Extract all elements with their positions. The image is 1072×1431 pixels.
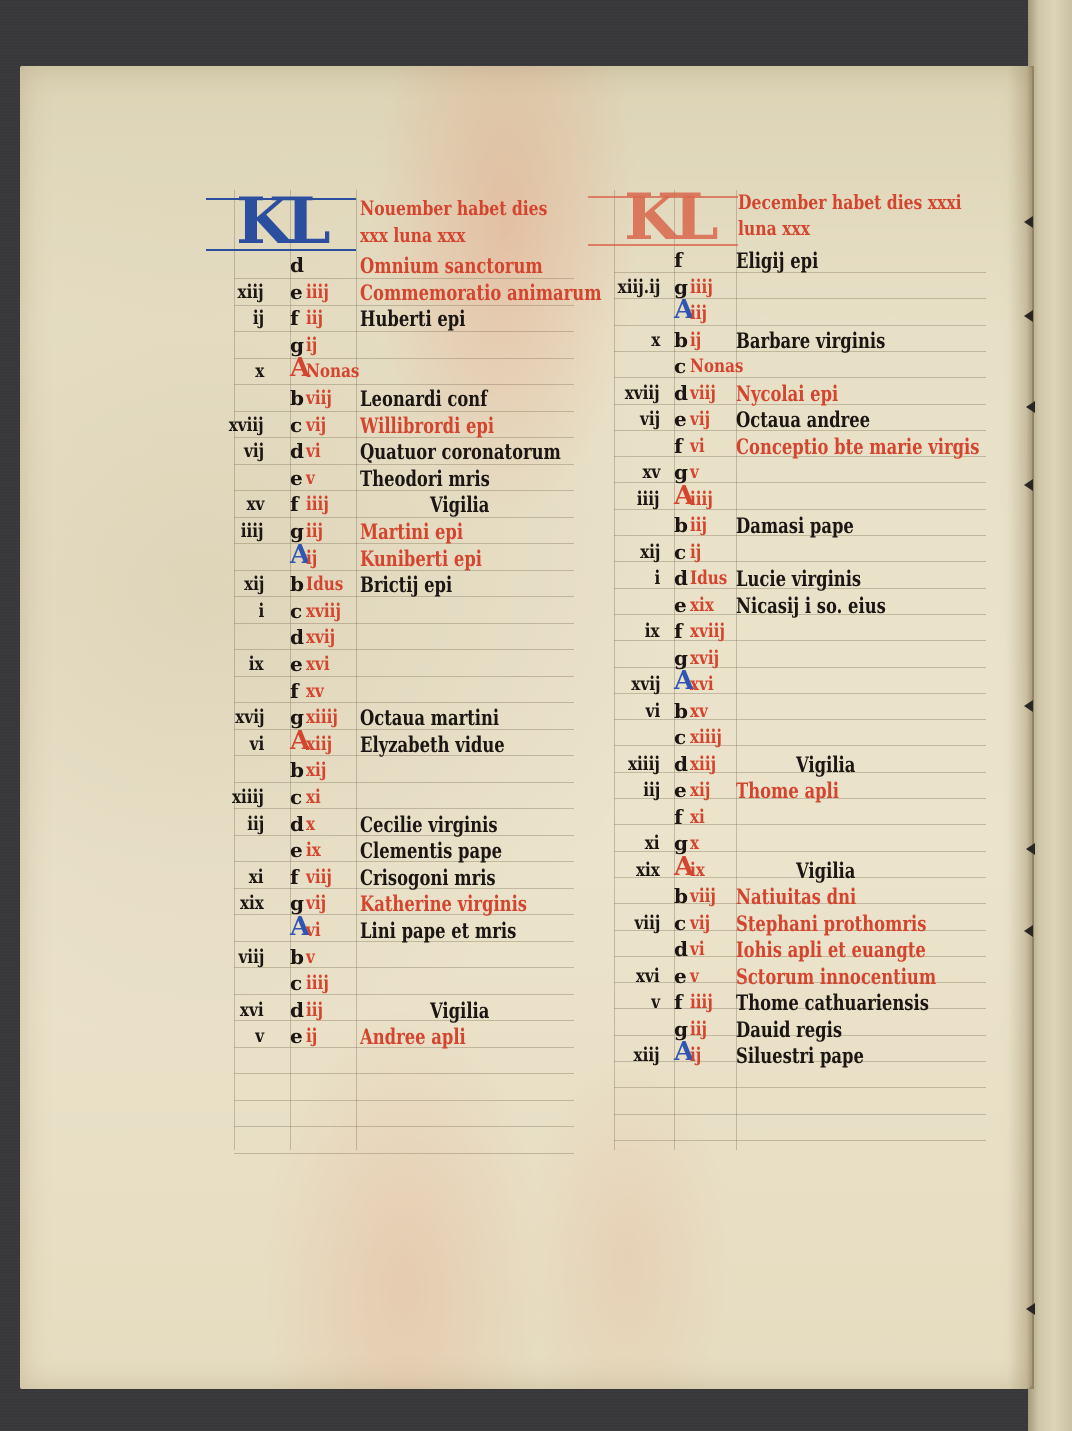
roman-date: Idus [690, 565, 727, 592]
calendar-day-row: iijexijThome apli [0, 777, 1072, 804]
golden-number: xi [645, 830, 660, 857]
calendar-day-row: ixfxviij [0, 618, 1072, 645]
month-heading-luna: luna xxx [738, 216, 810, 240]
month-heading: December habet dies xxxi [738, 190, 962, 214]
dominical-letter: e [674, 406, 687, 433]
month-heading-luna: xxx luna xxx [360, 223, 465, 247]
roman-date: xij [690, 777, 710, 804]
calendar-day-row: xigx [0, 830, 1072, 857]
dominical-letter: f [674, 989, 683, 1016]
golden-number: x [651, 327, 660, 354]
dominical-letter: f [674, 804, 683, 831]
golden-number: viij [634, 910, 660, 937]
feast-entry: Barbare virginis [736, 327, 885, 354]
calendar-day-row: biijDamasi pape [0, 512, 1072, 539]
feast-entry: Lucie virginis [736, 565, 861, 592]
golden-number: vij [640, 406, 660, 433]
roman-date: vij [690, 910, 710, 937]
calendar-day-row: xiiijdxiijVigilia [0, 751, 1072, 778]
dominical-letter: f [674, 618, 683, 645]
golden-number: vi [645, 698, 660, 725]
dominical-letter: e [674, 777, 687, 804]
calendar-day-row: iiijAiiij [0, 486, 1072, 513]
calendar-day-row: xviijdviijNycolai epi [0, 380, 1072, 407]
dominical-letter: c [674, 539, 686, 566]
calendar-day-row: fviConceptio bte marie virgis [0, 433, 1072, 460]
roman-date: ix [690, 857, 705, 884]
dominical-letter: f [674, 247, 683, 274]
dominical-letter: c [674, 353, 686, 380]
roman-date: ij [690, 539, 701, 566]
calendar-day-row: gxvij [0, 645, 1072, 672]
binding-notch [1024, 216, 1033, 228]
feast-entry: Octaua andree [736, 406, 870, 433]
roman-date: ij [690, 327, 701, 354]
golden-number: iiij [637, 486, 660, 513]
feast-entry: Vigilia [796, 857, 855, 884]
calendar-day-row: fEligij epi [0, 247, 1072, 274]
calendar-day-row: dviIohis apli et euangte [0, 936, 1072, 963]
dominical-letter: b [674, 512, 688, 539]
golden-number: xvij [631, 671, 660, 698]
roman-date: xiiij [690, 724, 722, 751]
calendar-day-row: fxi [0, 804, 1072, 831]
calendar-day-row: xiij.ijgiiij [0, 274, 1072, 301]
golden-number: i [654, 565, 660, 592]
calendar-day-row: cNonas [0, 353, 1072, 380]
feast-entry: Damasi pape [736, 512, 854, 539]
roman-date: iij [690, 512, 707, 539]
roman-date: xv [690, 698, 708, 725]
feast-entry: Iohis apli et euangte [736, 936, 926, 963]
calendar-day-row: xijcij [0, 539, 1072, 566]
dominical-letter: d [674, 380, 688, 407]
roman-date: iij [690, 300, 707, 327]
feast-entry: Natiuitas dni [736, 883, 856, 910]
month-heading: Nouember habet dies [360, 196, 547, 220]
roman-date: xi [690, 804, 705, 831]
calendar-day-row: xixAixVigilia [0, 857, 1072, 884]
feast-entry: Nicasij i so. eius [736, 592, 886, 619]
feast-entry: Siluestri pape [736, 1042, 864, 1069]
roman-date: vij [690, 406, 710, 433]
dominical-letter: c [674, 910, 686, 937]
golden-number: xiiij [628, 751, 660, 778]
feast-entry: Sctorum innocentium [736, 963, 936, 990]
golden-number: xiij [634, 1042, 660, 1069]
binding-notch [1026, 1303, 1035, 1315]
ruled-line [234, 1073, 574, 1074]
calendar-day-row: vfiiijThome cathuariensis [0, 989, 1072, 1016]
roman-date: xiij [690, 751, 716, 778]
dominical-letter: b [674, 327, 688, 354]
dominical-letter: b [674, 883, 688, 910]
roman-date: xvi [690, 671, 714, 698]
calendar-day-row: cxiiij [0, 724, 1072, 751]
roman-date: xviij [690, 618, 725, 645]
golden-number: xix [636, 857, 660, 884]
roman-date: viij [690, 883, 716, 910]
roman-date: ij [690, 1042, 701, 1069]
dominical-letter: e [674, 963, 687, 990]
dominical-letter: b [674, 698, 688, 725]
calendar-day-row: vibxv [0, 698, 1072, 725]
feast-entry: Eligij epi [736, 247, 818, 274]
calendar-day-row: xvijAxvi [0, 671, 1072, 698]
calendar-day-row: Aiij [0, 300, 1072, 327]
feast-entry: Vigilia [796, 751, 855, 778]
golden-number: xvi [636, 963, 660, 990]
calendar-day-row: idIdusLucie virginis [0, 565, 1072, 592]
roman-date: Nonas [690, 353, 744, 380]
calendar-day-row: vijevijOctaua andree [0, 406, 1072, 433]
golden-number: ix [645, 618, 660, 645]
dominical-letter: d [674, 751, 688, 778]
feast-entry: Thome apli [736, 777, 839, 804]
roman-date: vi [690, 936, 705, 963]
calendar-day-row: xvgv [0, 459, 1072, 486]
ruled-line [614, 1140, 986, 1141]
calendar-day-row: xvievSctorum innocentium [0, 963, 1072, 990]
roman-date: vi [690, 433, 705, 460]
feast-entry: Nycolai epi [736, 380, 838, 407]
golden-number: v [651, 989, 660, 1016]
calendar-day-row: xbijBarbare virginis [0, 327, 1072, 354]
golden-number: xviij [625, 380, 660, 407]
dominical-letter: e [674, 592, 687, 619]
roman-date: xix [690, 592, 714, 619]
feast-entry: Thome cathuariensis [736, 989, 929, 1016]
dominical-letter: d [674, 565, 688, 592]
roman-date: v [690, 963, 699, 990]
ruled-line [234, 1100, 574, 1101]
calendar-day-row: exixNicasij i so. eius [0, 592, 1072, 619]
roman-date: viij [690, 380, 716, 407]
golden-number: iij [643, 777, 660, 804]
golden-number: xij [640, 539, 660, 566]
kl-initial: KL [236, 190, 325, 254]
calendar-day-row: bviijNatiuitas dni [0, 883, 1072, 910]
golden-number: xv [642, 459, 660, 486]
feast-entry: Stephani prothomris [736, 910, 926, 937]
golden-number: xiij.ij [617, 274, 660, 301]
calendar-day-row: viijcvijStephani prothomris [0, 910, 1072, 937]
kl-initial: KL [624, 186, 713, 250]
dominical-letter: f [674, 433, 683, 460]
calendar-day-row: xiijAijSiluestri pape [0, 1042, 1072, 1069]
ruled-line [234, 1126, 574, 1127]
ruled-line [614, 1087, 986, 1088]
roman-date: iiij [690, 989, 713, 1016]
feast-entry: Dauid regis [736, 1016, 842, 1043]
feast-entry: Conceptio bte marie virgis [736, 433, 979, 460]
calendar-day-row: giijDauid regis [0, 1016, 1072, 1043]
ruled-line [234, 1153, 574, 1154]
ruled-line [614, 1114, 986, 1115]
dominical-letter: d [674, 936, 688, 963]
roman-date: iiij [690, 486, 713, 513]
dominical-letter: c [674, 724, 686, 751]
roman-date: xvij [690, 645, 719, 672]
